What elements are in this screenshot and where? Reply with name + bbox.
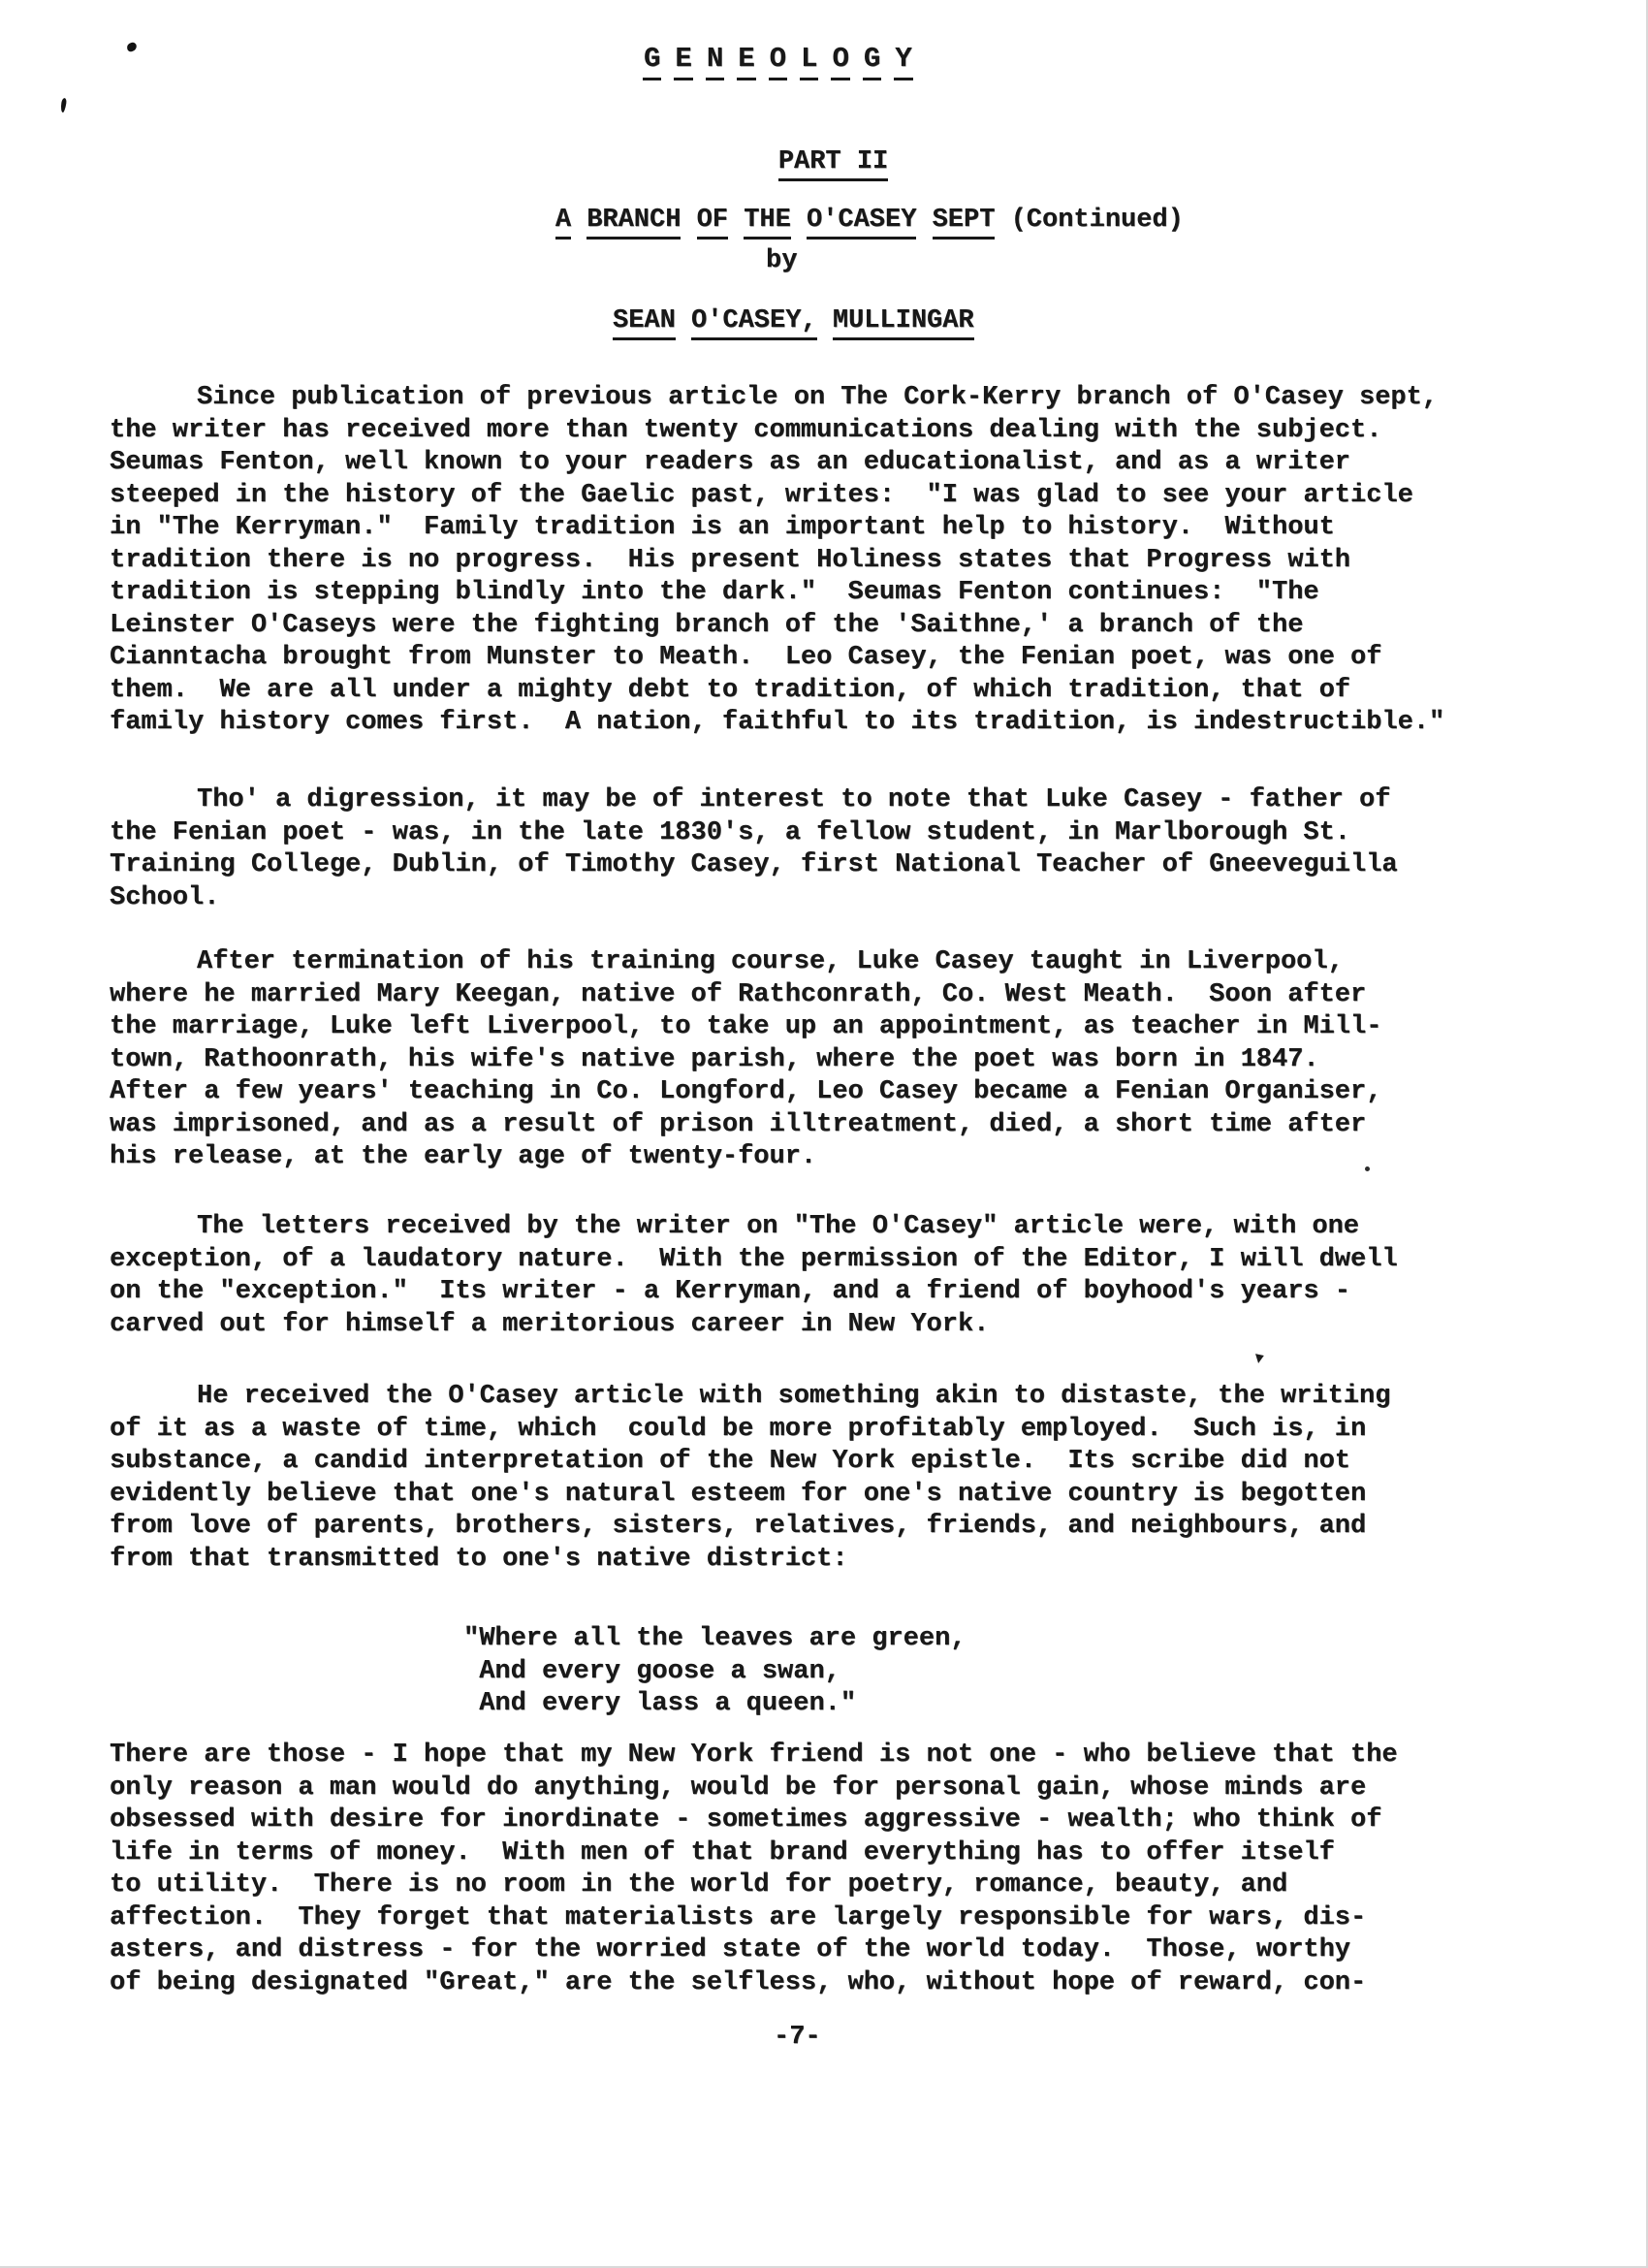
text-line: life in terms of money. With men of that… <box>110 1837 1628 1870</box>
text-line: Tho' a digression, it may be of interest… <box>110 784 1628 817</box>
text-line: Seumas Fenton, well known to your reader… <box>110 447 1628 480</box>
title-letter: O <box>831 43 849 80</box>
text-line: affection. They forget that materialists… <box>110 1902 1628 1935</box>
ink-speck <box>60 98 67 113</box>
title-letter: E <box>674 43 692 80</box>
text-line: He received the O'Casey article with som… <box>110 1381 1628 1414</box>
text-line: Since publication of previous article on… <box>110 382 1628 415</box>
document-page: GENEOLOGY PART II ABRANCHOFTHEO'CASEYSEP… <box>0 0 1648 2268</box>
text-line: family history comes first. A nation, fa… <box>110 707 1628 740</box>
text-line: them. We are all under a mighty debt to … <box>110 675 1628 708</box>
text-line: his release, at the early age of twenty-… <box>110 1141 1628 1174</box>
text-line: tradition is stepping blindly into the d… <box>110 577 1628 610</box>
underlined-word: A <box>555 206 571 240</box>
text-line: The letters received by the writer on "T… <box>110 1211 1628 1244</box>
paragraph: Since publication of previous article on… <box>110 382 1628 740</box>
subtitle-heading: ABRANCHOFTHEO'CASEYSEPT(Continued) <box>492 176 1184 269</box>
subtitle-underlined-text: ABRANCHOFTHEO'CASEYSEPT <box>555 206 1011 235</box>
text-line: the marriage, Luke left Liverpool, to ta… <box>110 1011 1628 1044</box>
quoted-verse: "Where all the leaves are green,And ever… <box>463 1623 1142 1721</box>
text-line: from love of parents, brothers, sisters,… <box>110 1511 1628 1544</box>
author-heading: SEANO'CASEY,MULLINGAR <box>613 306 990 340</box>
text-line: obsessed with desire for inordinate - so… <box>110 1805 1628 1837</box>
byline: by <box>766 246 797 275</box>
text-line: asters, and distress - for the worried s… <box>110 1934 1628 1967</box>
text-line: town, Rathoonrath, his wife's native par… <box>110 1044 1628 1077</box>
paragraph: He received the O'Casey article with som… <box>110 1381 1628 1576</box>
text-line: steeped in the history of the Gaelic pas… <box>110 480 1628 513</box>
underlined-word: MULLINGAR <box>833 306 974 340</box>
underlined-word: OF <box>697 206 728 240</box>
text-line: And every lass a queen." <box>463 1688 1142 1721</box>
underlined-word: O'CASEY, <box>691 306 817 340</box>
text-line: evidently believe that one's natural est… <box>110 1479 1628 1512</box>
text-line: where he married Mary Keegan, native of … <box>110 979 1628 1012</box>
text-line: of it as a waste of time, which could be… <box>110 1414 1628 1447</box>
text-line: of being designated "Great," are the sel… <box>110 1967 1628 2000</box>
title-letter: Y <box>894 43 912 80</box>
ink-speck <box>1253 1354 1264 1364</box>
text-line: the Fenian poet - was, in the late 1830'… <box>110 817 1628 850</box>
text-line: Training College, Dublin, of Timothy Cas… <box>110 849 1628 882</box>
text-line: was imprisoned, and as a result of priso… <box>110 1109 1628 1142</box>
text-line: exception, of a laudatory nature. With t… <box>110 1244 1628 1277</box>
text-line: "Where all the leaves are green, <box>463 1623 1142 1656</box>
text-line: School. <box>110 882 1628 915</box>
text-line: After a few years' teaching in Co. Longf… <box>110 1076 1628 1109</box>
page-number: -7- <box>774 2023 821 2052</box>
text-line: There are those - I hope that my New Yor… <box>110 1740 1628 1773</box>
text-line: the writer has received more than twenty… <box>110 415 1628 448</box>
text-line: to utility. There is no room in the worl… <box>110 1869 1628 1902</box>
paragraph: There are those - I hope that my New Yor… <box>110 1740 1628 1999</box>
title-letter: N <box>706 43 724 80</box>
underlined-word: SEPT <box>933 206 996 240</box>
text-line: After termination of his training course… <box>110 946 1628 979</box>
underlined-word: SEAN <box>613 306 676 340</box>
text-line: substance, a candid interpretation of th… <box>110 1446 1628 1479</box>
text-line: from that transmitted to one's native di… <box>110 1544 1628 1577</box>
subtitle-continued-text: (Continued) <box>1011 206 1184 235</box>
text-line: only reason a man would do anything, wou… <box>110 1773 1628 1805</box>
text-line: And every goose a swan, <box>463 1656 1142 1689</box>
underlined-word: BRANCH <box>586 206 681 240</box>
text-line: tradition there is no progress. His pres… <box>110 545 1628 578</box>
paragraph: Tho' a digression, it may be of interest… <box>110 784 1628 914</box>
underlined-word: THE <box>744 206 791 240</box>
text-line: on the "exception." Its writer - a Kerry… <box>110 1276 1628 1309</box>
text-line: Leinster O'Caseys were the fighting bran… <box>110 610 1628 643</box>
underlined-word: O'CASEY <box>807 206 916 240</box>
paragraph: The letters received by the writer on "T… <box>110 1211 1628 1341</box>
title-letter: G <box>863 43 881 80</box>
title-letter: O <box>769 43 787 80</box>
document-title: GENEOLOGY <box>643 43 926 80</box>
title-letter: G <box>643 43 661 80</box>
text-line: carved out for himself a meritorious car… <box>110 1309 1628 1342</box>
ink-speck <box>126 42 138 52</box>
title-letter: L <box>800 43 818 80</box>
title-letter: E <box>737 43 755 80</box>
paragraph: After termination of his training course… <box>110 946 1628 1174</box>
text-line: in "The Kerryman." Family tradition is a… <box>110 512 1628 545</box>
text-line: Cianntacha brought from Munster to Meath… <box>110 642 1628 675</box>
